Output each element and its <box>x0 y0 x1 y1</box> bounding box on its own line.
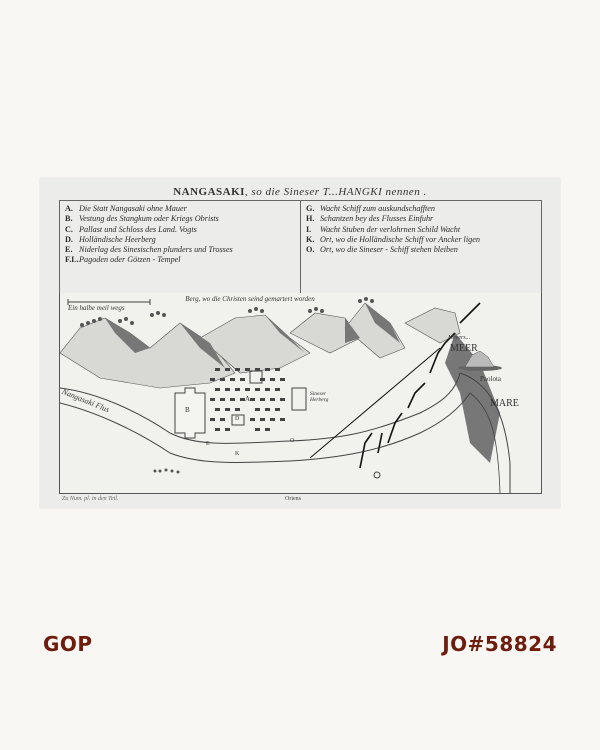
e-label: E <box>206 441 210 447</box>
legend-item: O.Ort, wo die Sineser - Schiff stehen bl… <box>306 245 536 255</box>
mountains-label: Berg, wo die Christen seind gemartert wo… <box>180 295 320 303</box>
legend-item: I.Wacht Stuben der verlohrnen Schild Wac… <box>306 225 536 235</box>
legend-item: G.Wacht Schiff zum auskundschafften <box>306 204 536 214</box>
legend-left-column: A.Die Statt Nangasaki ohne Mauer B.Vestu… <box>60 201 301 294</box>
legend-item: C.Pallast und Schloss des Land. Vogts <box>65 225 295 235</box>
k-label: K <box>235 451 239 457</box>
map-illustration: Ein halbe meil wegs Berg, wo die Christe… <box>59 293 542 494</box>
island-label: Paolota <box>480 375 501 383</box>
legend-item: F.L.Pagoden oder Götzen - Tempel <box>65 255 295 265</box>
legend-item: E.Niderlag des Sinesischen plunders und … <box>65 245 295 255</box>
legend-right-column: G.Wacht Schiff zum auskundschafften H.Sc… <box>301 201 541 294</box>
map-drawing <box>60 293 541 493</box>
city-label: A <box>245 395 250 403</box>
fort-label: B <box>185 406 190 414</box>
legend-box: A.Die Statt Nangasaki ohne Mauer B.Vestu… <box>59 200 542 295</box>
dutch-inn-label: D <box>235 416 239 422</box>
footer-left-code: GOP <box>43 632 93 656</box>
meer-label: MEER <box>450 343 478 354</box>
meyers-label: Meyers... <box>448 335 470 341</box>
oriens-label: Oriens <box>285 496 301 502</box>
mare-label: MARE <box>490 398 519 409</box>
antique-print: NANGASAKI, so die Sineser T...HANGKI nen… <box>40 178 560 508</box>
scale-label: Ein halbe meil wegs <box>68 304 125 312</box>
legend-item: D.Holländische Heerberg <box>65 235 295 245</box>
legend-item: K.Ort, wo die Holländische Schiff vor An… <box>306 235 536 245</box>
legend-item: H.Schantzen bey des Flusses Einfuhr <box>306 214 536 224</box>
print-title: NANGASAKI, so die Sineser T...HANGKI nen… <box>40 186 560 198</box>
print-title-caps: NANGASAKI <box>173 186 245 198</box>
o-label: O <box>290 438 294 444</box>
chinese-inn-label: Sineser Herberg <box>310 391 340 403</box>
print-title-rest: , so die Sineser T...HANGKI nennen . <box>245 186 427 198</box>
legend-item: A.Die Statt Nangasaki ohne Mauer <box>65 204 295 214</box>
bottom-note: Zu Num. pl. in den Teil. <box>62 496 118 502</box>
legend-item: B.Vestung des Stangkum oder Kriegs Obris… <box>65 214 295 224</box>
footer-job-number: JO#58824 <box>442 632 557 656</box>
